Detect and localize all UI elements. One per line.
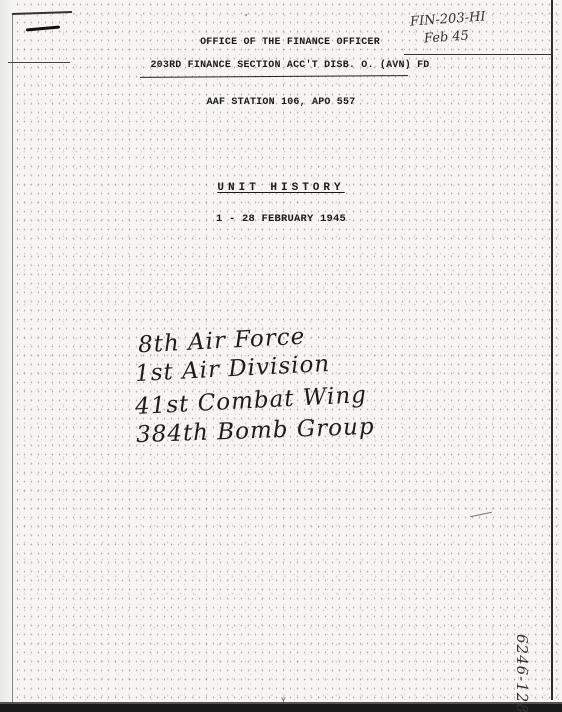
corner-ink-mark [26, 26, 60, 32]
document-title: UNIT HISTORY [0, 182, 562, 194]
document-period: 1 - 28 FEBRUARY 1945 [0, 213, 562, 225]
stray-pen-mark [470, 512, 492, 518]
top-small-mark: * [244, 14, 248, 22]
side-archive-number: 6246-128 [513, 634, 531, 712]
header-station: AAF STATION 106, APO 557 [0, 97, 562, 108]
bottom-small-mark: Y [281, 697, 286, 706]
header-section: 203RD FINANCE SECTION ACC'T DISB. O. (AV… [0, 60, 562, 71]
handwritten-line-bomb-group: 384th Bomb Group [136, 414, 375, 448]
scanned-document-page: * FIN-203-HI Feb 45 OFFICE OF THE FINANC… [0, 0, 562, 712]
page-left-edge [12, 14, 13, 712]
page-top-corner-line [12, 11, 72, 15]
header-underline [140, 75, 408, 78]
header-office: OFFICE OF THE FINANCE OFFICER [0, 37, 562, 48]
